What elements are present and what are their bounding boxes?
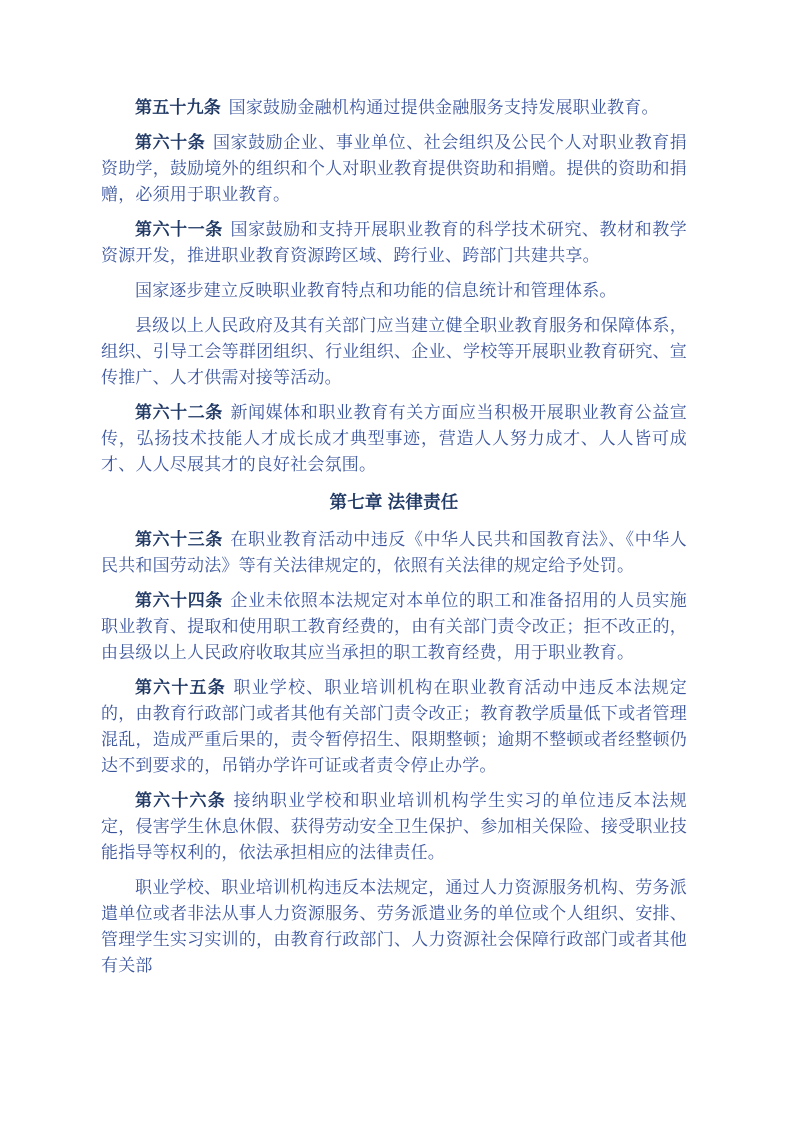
document-page: 第五十九条国家鼓励金融机构通过提供金融服务支持发展职业教育。 第六十条国家鼓励企…: [0, 0, 793, 1122]
paragraph-article-61: 第六十一条国家鼓励和支持开展职业教育的科学技术研究、教材和教学资源开发，推进职业…: [101, 217, 687, 269]
paragraph-article-66-clause-2: 职业学校、职业培训机构违反本法规定，通过人力资源服务机构、劳务派遣单位或者非法从…: [101, 875, 687, 979]
article-64-number: 第六十四条: [135, 591, 223, 610]
paragraph-article-65: 第六十五条职业学校、职业培训机构在职业教育活动中违反本法规定的，由教育行政部门或…: [101, 675, 687, 779]
article-62-number: 第六十二条: [135, 403, 223, 422]
article-59-text: 国家鼓励金融机构通过提供金融服务支持发展职业教育。: [229, 98, 659, 117]
paragraph-article-61-clause-2: 国家逐步建立反映职业教育特点和功能的信息统计和管理体系。: [101, 278, 687, 304]
article-65-number: 第六十五条: [135, 678, 226, 697]
article-59-number: 第五十九条: [135, 98, 221, 117]
article-61-clause-2-text: 国家逐步建立反映职业教育特点和功能的信息统计和管理体系。: [135, 281, 617, 300]
paragraph-article-59: 第五十九条国家鼓励金融机构通过提供金融服务支持发展职业教育。: [101, 95, 687, 121]
paragraph-article-60: 第六十条国家鼓励企业、事业单位、社会组织及公民个人对职业教育捐资助学，鼓励境外的…: [101, 130, 687, 208]
article-63-number: 第六十三条: [135, 530, 223, 549]
article-61-number: 第六十一条: [135, 220, 223, 239]
paragraph-article-66: 第六十六条接纳职业学校和职业培训机构学生实习的单位违反本法规定，侵害学生休息休假…: [101, 788, 687, 866]
paragraph-article-63: 第六十三条在职业教育活动中违反《中华人民共和国教育法》、《中华人民共和国劳动法》…: [101, 527, 687, 579]
paragraph-article-61-clause-3: 县级以上人民政府及其有关部门应当建立健全职业教育服务和保障体系，组织、引导工会等…: [101, 313, 687, 391]
paragraph-article-64: 第六十四条企业未依照本法规定对本单位的职工和准备招用的人员实施职业教育、提取和使…: [101, 588, 687, 666]
chapter-heading: 第七章 法律责任: [101, 489, 687, 515]
paragraph-article-62: 第六十二条新闻媒体和职业教育有关方面应当积极开展职业教育公益宣传，弘扬技术技能人…: [101, 400, 687, 478]
article-66-clause-2-text: 职业学校、职业培训机构违反本法规定，通过人力资源服务机构、劳务派遣单位或者非法从…: [101, 878, 687, 975]
article-61-clause-3-text: 县级以上人民政府及其有关部门应当建立健全职业教育服务和保障体系，组织、引导工会等…: [101, 316, 687, 387]
law-text-block: 第五十九条国家鼓励金融机构通过提供金融服务支持发展职业教育。 第六十条国家鼓励企…: [0, 0, 687, 979]
article-66-number: 第六十六条: [135, 791, 226, 810]
article-60-number: 第六十条: [135, 133, 205, 152]
